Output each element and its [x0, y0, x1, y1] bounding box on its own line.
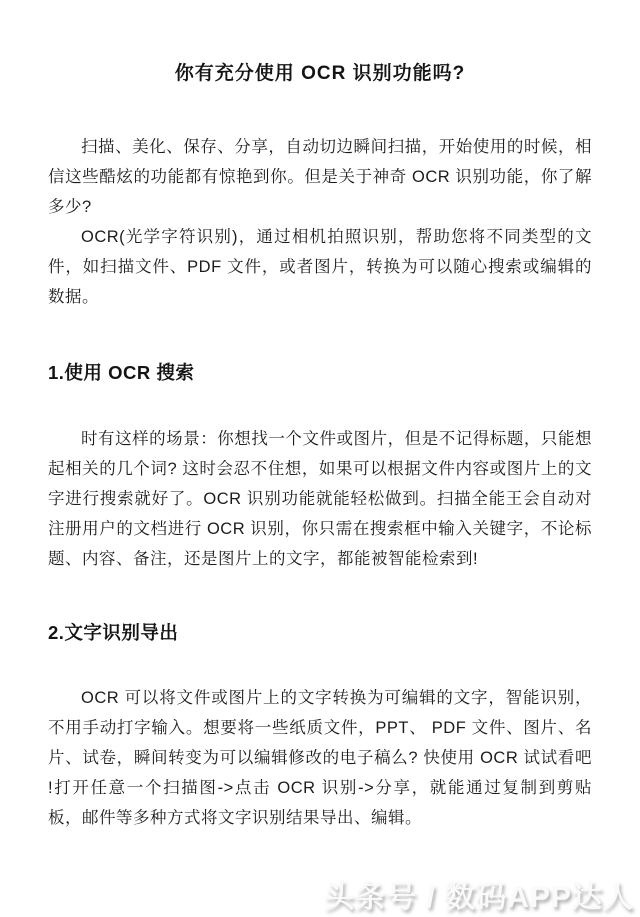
watermark-toutiao: 头条号 / 数码APP达人: [324, 872, 634, 916]
intro-paragraph-1: 扫描、美化、保存、分享，自动切边瞬间扫描，开始使用的时候，相信这些酷炫的功能都有…: [48, 132, 592, 222]
section-heading-ocr-search: 1.使用 OCR 搜索: [48, 359, 592, 385]
section-heading-text-export: 2.文字识别导出: [48, 619, 592, 645]
article-page: 你有充分使用 OCR 识别功能吗? 扫描、美化、保存、分享，自动切边瞬间扫描，开…: [0, 0, 640, 917]
page-title: 你有充分使用 OCR 识别功能吗?: [0, 0, 640, 85]
section-ocr-search-paragraph: 时有这样的场景：你想找一个文件或图片，但是不记得标题，只能想起相关的几个词? 这…: [48, 424, 592, 574]
intro-paragraph-2: OCR(光学字符识别)，通过相机拍照识别，帮助您将不同类型的文件，如扫描文件、P…: [48, 222, 592, 312]
section-text-export-paragraph: OCR 可以将文件或图片上的文字转换为可编辑的文字，智能识别，不用手动打字输入。…: [48, 683, 592, 833]
